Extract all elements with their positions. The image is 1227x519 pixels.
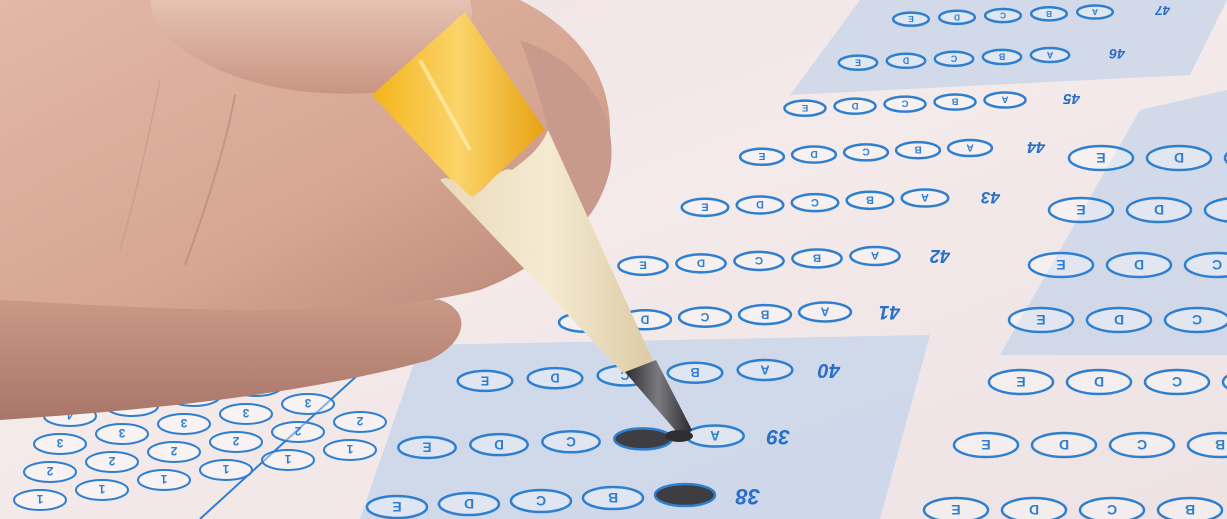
hand-with-pencil [0,0,1227,519]
answer-sheet-photo: 38BCDE39ACDE40ABCDE41ABCDE42ABCDE43ABCDE… [0,0,1227,519]
